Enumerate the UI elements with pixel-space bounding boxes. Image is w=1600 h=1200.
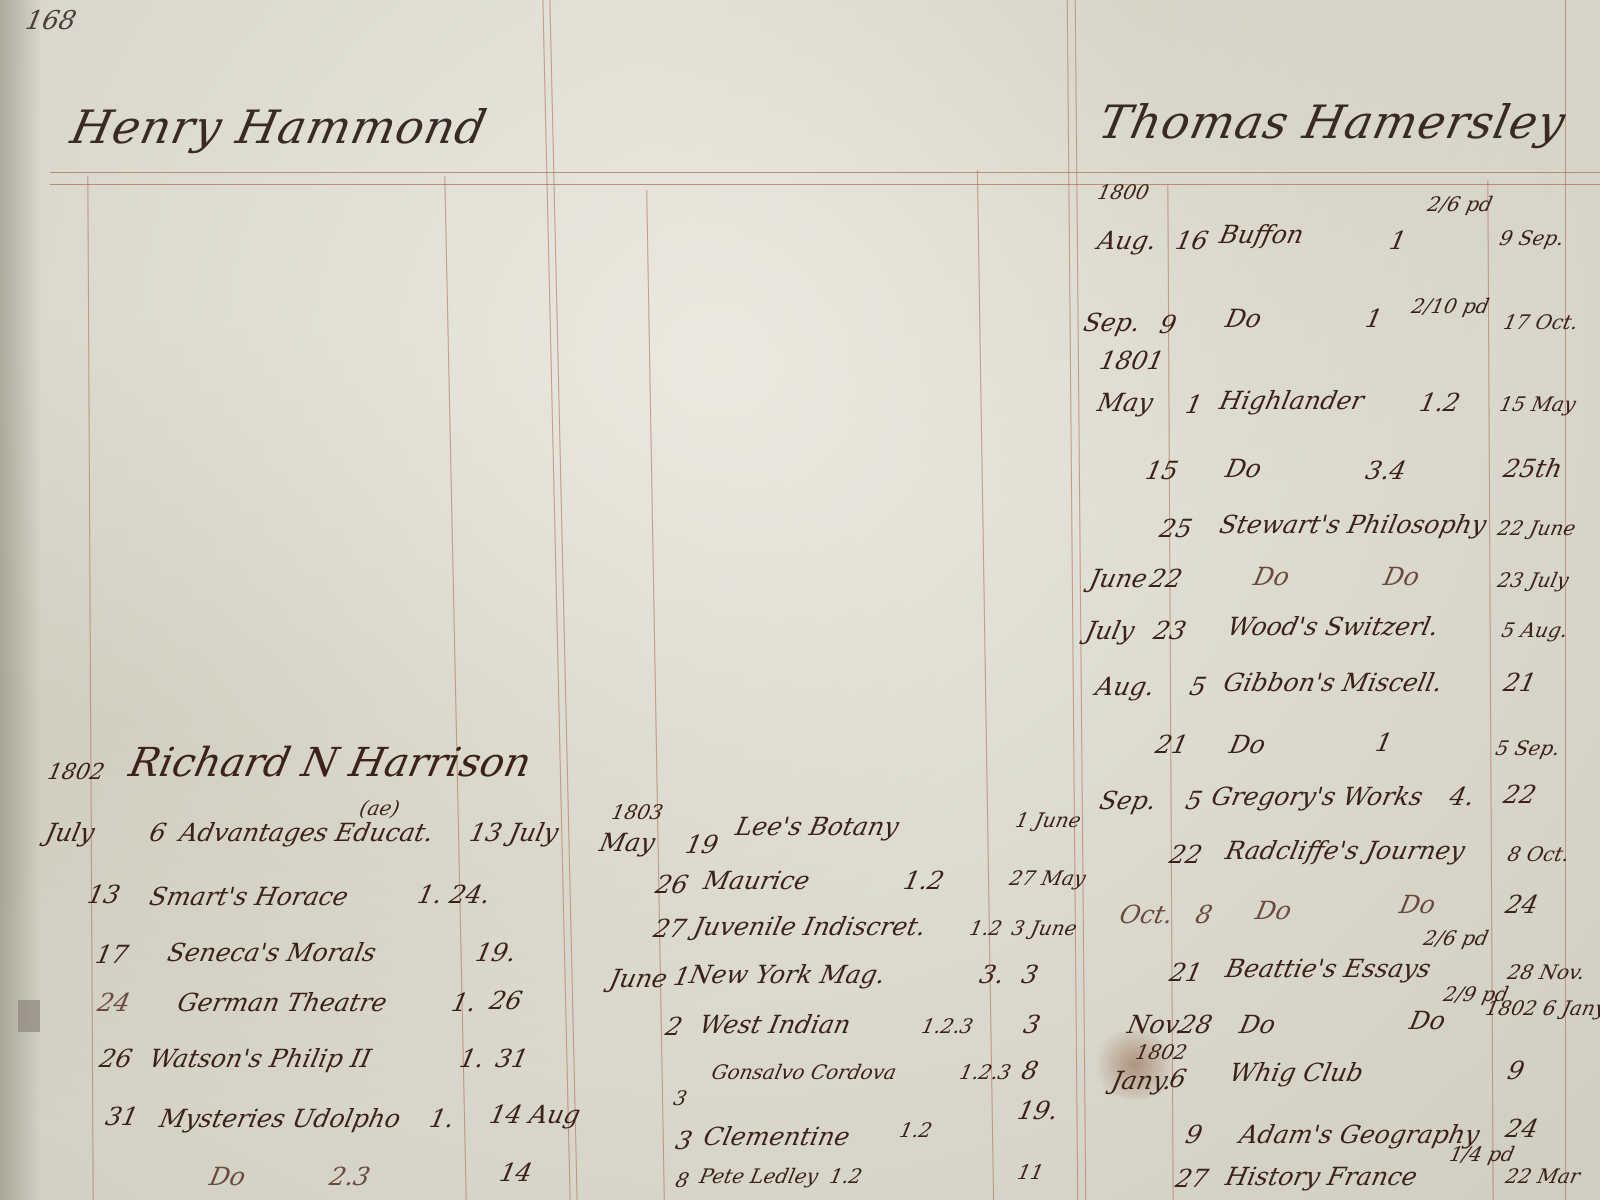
entry-day: 23 <box>1151 616 1189 645</box>
entry-month: Jany. <box>1109 1066 1175 1095</box>
column-rule <box>977 170 994 1200</box>
entry-vol: 1.2 <box>1417 388 1463 417</box>
year-label: 1801 <box>1097 346 1167 375</box>
entry-month: July <box>1083 616 1137 645</box>
entry-returned: 14 <box>497 1158 535 1187</box>
entry-vol: 1.2.3 <box>919 1014 975 1038</box>
entry-returned: 5 Sep. <box>1493 736 1562 760</box>
entry-returned: 15 May <box>1497 392 1578 416</box>
entry-vol: 2.3 <box>327 1162 373 1191</box>
entry-returned: 22 Mar <box>1503 1164 1582 1188</box>
entry-title: History France <box>1223 1162 1420 1191</box>
entry-returned: 21 <box>1501 668 1539 697</box>
entry-day: 17 <box>93 940 131 969</box>
entry-title: Beattie's Essays <box>1223 954 1434 983</box>
header-rule-top <box>50 172 1600 173</box>
entry-month: June <box>1087 564 1150 593</box>
entry-vol: Do <box>1407 1006 1448 1035</box>
entry-day: 19 <box>683 830 721 859</box>
entry-vol: 1.2 <box>901 866 947 895</box>
entry-returned: 28 Nov. <box>1505 960 1587 984</box>
entry-title: Whig Club <box>1227 1058 1366 1087</box>
entry-title: Buffon <box>1217 220 1307 249</box>
entry-day: 25 <box>1157 514 1195 543</box>
entry-day: 13 <box>85 880 123 909</box>
entry-month: May <box>1095 388 1156 417</box>
entry-returned: 5 Aug. <box>1499 618 1570 642</box>
page-number: 168 <box>23 6 79 36</box>
year-label: 1803 <box>609 800 665 824</box>
entry-title: Gibbon's Miscell. <box>1221 668 1445 697</box>
entry-note: 2/6 pd <box>1425 192 1494 216</box>
entry-vol: Do <box>1397 890 1438 919</box>
entry-returned: 23 July <box>1495 568 1571 592</box>
entry-returned: 19. <box>473 938 519 967</box>
entry-day: 2 <box>663 1012 685 1041</box>
account-heading-richard-harrison: Richard N Harrison <box>125 740 535 786</box>
binding-tab <box>18 1000 40 1032</box>
entry-day: 26 <box>653 870 691 899</box>
entry-title: Clementine <box>701 1122 853 1151</box>
entry-vol: 1.2 <box>897 1118 934 1142</box>
entry-title: Radcliffe's Journey <box>1223 836 1468 865</box>
entry-day: 8 <box>1193 900 1215 929</box>
entry-returned: 3 <box>1021 1010 1043 1039</box>
entry-day: 5 <box>1187 672 1209 701</box>
entry-title: Watson's Philip II <box>147 1044 374 1073</box>
entry-returned: 24 <box>1503 1114 1541 1143</box>
entry-returned: 22 <box>1501 780 1539 809</box>
entry-vol: 1 <box>1373 728 1395 757</box>
account-heading-thomas-hamersley: Thomas Hamersley <box>1094 95 1571 149</box>
entry-vol: 1.2.3 <box>957 1060 1013 1084</box>
entry-day: 3 <box>671 1086 689 1110</box>
entry-returned: 9 Sep. <box>1497 226 1566 250</box>
entry-title: Advantages Educat. <box>177 818 436 847</box>
entry-vol: 3. <box>977 960 1007 989</box>
entry-vol: 4. <box>1447 782 1477 811</box>
entry-returned: 24 <box>1503 890 1541 919</box>
entry-day: 3 <box>673 1126 695 1155</box>
entry-vol: 1 <box>1387 226 1409 255</box>
entry-title: Do <box>1223 304 1264 333</box>
entry-day: 21 <box>1153 730 1191 759</box>
entry-day: 22 <box>1167 840 1205 869</box>
entry-vol: 1.2 <box>827 1164 864 1188</box>
entry-note: 2/6 pd <box>1421 926 1490 950</box>
entry-title: Stewart's Philosophy <box>1217 510 1489 539</box>
entry-day: 21 <box>1167 958 1205 987</box>
entry-day: 16 <box>1173 226 1211 255</box>
header-rule-bottom <box>50 184 1600 185</box>
entry-title: Smart's Horace <box>147 882 351 911</box>
entry-day: 31 <box>103 1102 141 1131</box>
entry-month: June <box>607 964 670 993</box>
entry-month: Aug. <box>1095 226 1159 255</box>
entry-day: 26 <box>97 1044 135 1073</box>
entry-returned: 22 June <box>1495 516 1578 540</box>
entry-vol: 1. <box>449 988 479 1017</box>
entry-title: Pete Ledley <box>697 1164 820 1188</box>
column-rule <box>542 0 570 1200</box>
entry-month: May <box>597 828 658 857</box>
entry-month: Sep. <box>1097 786 1159 815</box>
entry-title: Do <box>1227 730 1268 759</box>
entry-month: July <box>43 818 97 847</box>
entry-vol: 3.4 <box>1363 456 1409 485</box>
column-rule <box>87 176 93 1200</box>
entry-vol: 1 <box>1363 304 1385 333</box>
ledger-page: 168 Henry Hammond Thomas Hamersley 1802 … <box>0 0 1600 1200</box>
entry-day: 22 <box>1147 564 1185 593</box>
entry-title: West Indian <box>697 1010 853 1039</box>
entry-returned: 14 Aug <box>487 1100 583 1129</box>
year-label: 1800 <box>1095 180 1151 204</box>
entry-returned: 8 Oct. <box>1505 842 1571 866</box>
entry-returned: 9 <box>1505 1056 1527 1085</box>
entry-title: Gonsalvo Cordova <box>709 1060 898 1084</box>
entry-vol: 1. <box>415 880 445 909</box>
entry-day: 9 <box>1157 310 1179 339</box>
entry-month: Sep. <box>1081 308 1143 337</box>
year-label: 1802 <box>45 760 106 785</box>
column-rule <box>1487 180 1493 1200</box>
entry-returned: 27 May <box>1007 866 1088 890</box>
entry-returned: 13 July <box>467 818 561 847</box>
entry-returned: 24. <box>447 880 493 909</box>
entry-title: Do <box>1237 1010 1278 1039</box>
entry-title: Gregory's Works <box>1209 782 1426 811</box>
entry-returned: 1 June <box>1013 808 1083 832</box>
entry-vol: (ae) <box>357 796 401 820</box>
column-rule <box>549 0 577 1200</box>
entry-note: 2/10 pd <box>1409 294 1491 318</box>
entry-returned: 25th <box>1501 454 1565 483</box>
entry-title: Do <box>1251 562 1292 591</box>
entry-day: 15 <box>1143 456 1181 485</box>
entry-title: Do <box>207 1162 248 1191</box>
year-label: 1802 <box>1133 1040 1189 1064</box>
entry-vol: 1. <box>457 1044 487 1073</box>
entry-vol: 1.2 <box>967 916 1004 940</box>
entry-returned: 11 <box>1015 1160 1046 1184</box>
entry-title: Juvenile Indiscret. <box>691 912 929 941</box>
entry-title: Do <box>1253 896 1294 925</box>
entry-day: 27 <box>1173 1164 1211 1193</box>
entry-day: 24 <box>95 988 133 1017</box>
entry-day: 6 <box>147 818 169 847</box>
entry-returned: 17 Oct. <box>1501 310 1580 334</box>
entry-day: 1 <box>1183 390 1205 419</box>
entry-day: 5 <box>1183 786 1205 815</box>
entry-note: 1/4 pd <box>1447 1142 1516 1166</box>
account-heading-henry-hammond: Henry Hammond <box>66 100 492 154</box>
entry-title: Do <box>1223 454 1264 483</box>
entry-month: Aug. <box>1093 672 1157 701</box>
entry-title: Seneca's Morals <box>165 938 379 967</box>
entry-title: Highlander <box>1217 386 1367 415</box>
entry-title: New York Mag. <box>687 960 888 989</box>
entry-title: Wood's Switzerl. <box>1225 612 1441 641</box>
entry-title: German Theatre <box>175 988 390 1017</box>
entry-returned: 3 <box>1019 960 1041 989</box>
entry-vol: Do <box>1381 562 1422 591</box>
entry-day: 9 <box>1183 1120 1205 1149</box>
entry-month: Oct. <box>1117 900 1176 929</box>
entry-returned: 31 <box>493 1044 531 1073</box>
entry-title: Maurice <box>701 866 813 895</box>
entry-vol: 1. <box>427 1104 457 1133</box>
column-rule <box>1565 0 1566 1200</box>
column-rule <box>646 190 665 1200</box>
entry-returned: 3 June <box>1009 916 1079 940</box>
entry-title: Adam's Geography <box>1237 1120 1482 1149</box>
entry-returned: 8 <box>1019 1056 1041 1085</box>
entry-day: 28 <box>1177 1010 1215 1039</box>
entry-day: 27 <box>651 914 689 943</box>
entry-returned: 1802 6 Jany <box>1483 996 1600 1020</box>
entry-day: 8 <box>673 1168 691 1192</box>
entry-title: Lee's Botany <box>733 812 902 841</box>
entry-returned: 19. <box>1015 1096 1061 1125</box>
entry-returned: 26 <box>487 986 525 1015</box>
entry-title: Mysteries Udolpho <box>157 1104 403 1133</box>
